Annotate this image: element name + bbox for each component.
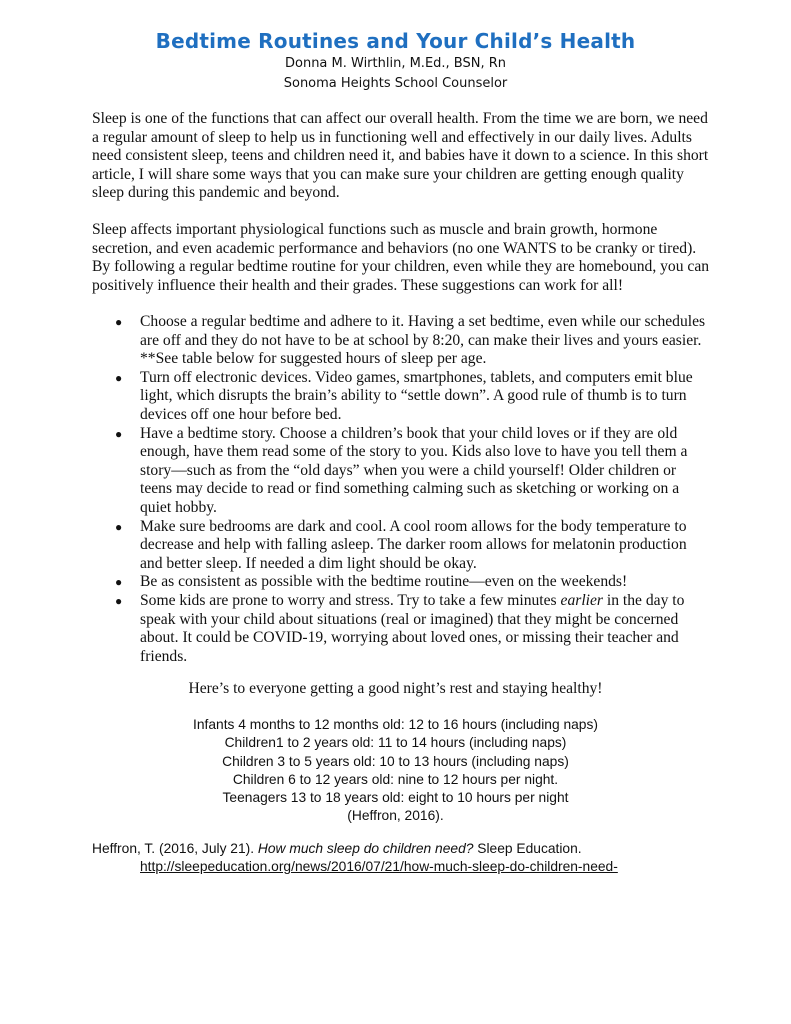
reference-author-date: Heffron, T. (2016, July 21). bbox=[92, 841, 258, 856]
document-header: Bedtime Routines and Your Child’s Health… bbox=[0, 28, 791, 94]
list-item: ● Choose a regular bedtime and adhere to… bbox=[92, 313, 712, 369]
sleep-row-preschool: Children 3 to 5 years old: 10 to 13 hour… bbox=[0, 753, 791, 771]
reference-link[interactable]: http://sleepeducation.org/news/2016/07/2… bbox=[92, 858, 712, 876]
page-title: Bedtime Routines and Your Child’s Health bbox=[0, 28, 791, 54]
reference-entry: Heffron, T. (2016, July 21). How much sl… bbox=[92, 840, 712, 877]
sleep-row-teenagers: Teenagers 13 to 18 years old: eight to 1… bbox=[0, 789, 791, 807]
list-item: ● Be as consistent as possible with the … bbox=[92, 573, 712, 592]
author-role: Sonoma Heights School Counselor bbox=[0, 74, 791, 94]
closing-line: Here’s to everyone getting a good night’… bbox=[0, 680, 791, 699]
sleep-row-infants: Infants 4 months to 12 months old: 12 to… bbox=[0, 716, 791, 734]
emphasis-text: earlier bbox=[561, 592, 603, 609]
tips-list: ● Choose a regular bedtime and adhere to… bbox=[92, 313, 712, 666]
intro-paragraph: Sleep is one of the functions that can a… bbox=[92, 110, 712, 203]
bullet-icon: ● bbox=[115, 573, 122, 592]
author-line: Donna M. Wirthlin, M.Ed., BSN, Rn bbox=[0, 54, 791, 74]
tip-text: Make sure bedrooms are dark and cool. A … bbox=[140, 518, 687, 572]
reference-publisher: Sleep Education. bbox=[473, 841, 581, 856]
bullet-icon: ● bbox=[115, 592, 122, 611]
reference-title: How much sleep do children need? bbox=[258, 841, 474, 856]
tip-text: Some kids are prone to worry and stress.… bbox=[140, 592, 684, 665]
document-page: Bedtime Routines and Your Child’s Health… bbox=[0, 0, 791, 1024]
bullet-icon: ● bbox=[115, 518, 122, 537]
bullet-icon: ● bbox=[115, 425, 122, 444]
list-item: ● Some kids are prone to worry and stres… bbox=[92, 592, 712, 666]
tip-text: Turn off electronic devices. Video games… bbox=[140, 369, 693, 423]
tip-text: Have a bedtime story. Choose a children’… bbox=[140, 425, 687, 516]
tip-text: Choose a regular bedtime and adhere to i… bbox=[140, 313, 705, 367]
bullet-icon: ● bbox=[115, 313, 122, 332]
sleep-hours-table: Infants 4 months to 12 months old: 12 to… bbox=[0, 716, 791, 826]
sleep-row-school-age: Children 6 to 12 years old: nine to 12 h… bbox=[0, 771, 791, 789]
list-item: ● Have a bedtime story. Choose a childre… bbox=[92, 425, 712, 518]
list-item: ● Make sure bedrooms are dark and cool. … bbox=[92, 518, 712, 574]
bullet-icon: ● bbox=[115, 369, 122, 388]
list-item: ● Turn off electronic devices. Video gam… bbox=[92, 369, 712, 425]
sleep-table-citation: (Heffron, 2016). bbox=[0, 807, 791, 825]
sleep-row-toddlers: Children1 to 2 years old: 11 to 14 hours… bbox=[0, 734, 791, 752]
tip-text: Be as consistent as possible with the be… bbox=[140, 573, 627, 590]
effects-paragraph: Sleep affects important physiological fu… bbox=[92, 221, 712, 295]
